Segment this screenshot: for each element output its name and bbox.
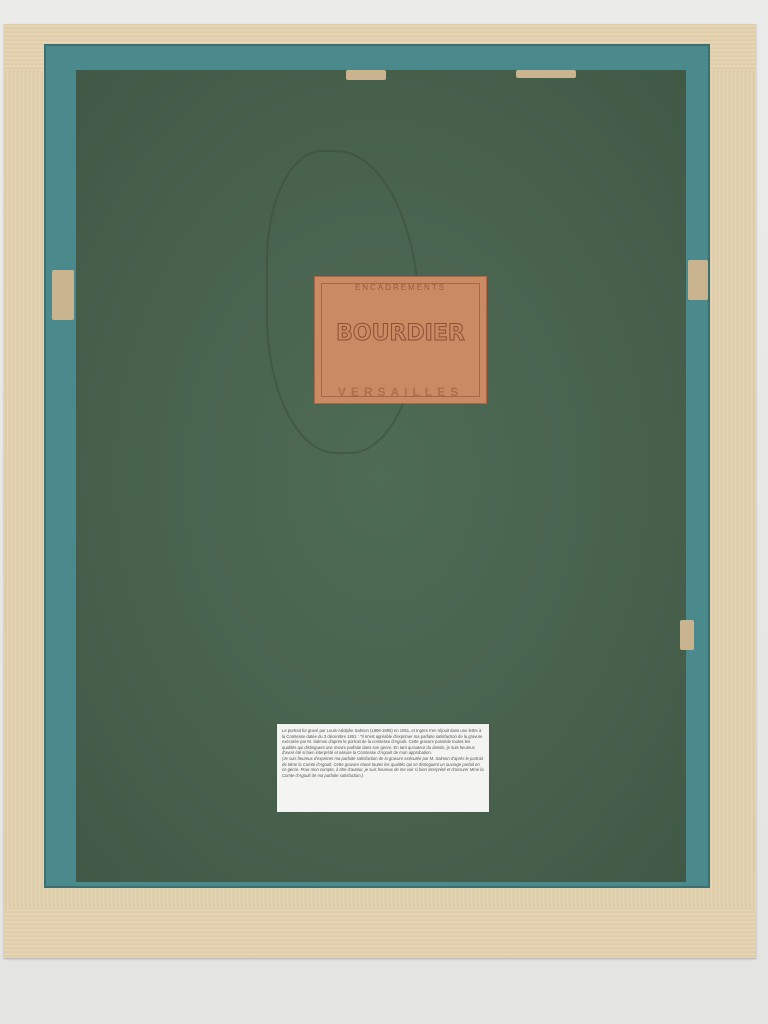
frame-chip bbox=[52, 270, 74, 320]
paint-chip bbox=[346, 70, 386, 80]
framer-label-city: VERSAILLES bbox=[315, 385, 486, 399]
framer-label: ENCADREMENTS BOURDIER VERSAILLES bbox=[314, 276, 487, 404]
framer-label-top-text: ENCADREMENTS bbox=[315, 283, 486, 292]
frame-chip bbox=[680, 620, 694, 650]
framer-label-name: BOURDIER bbox=[315, 321, 486, 346]
note-translation-text: (Je suis heureux d'exprimer ma parfaite … bbox=[282, 756, 484, 778]
frame-chip bbox=[688, 260, 708, 300]
paint-chip bbox=[516, 70, 576, 78]
photo-background: ENCADREMENTS BOURDIER VERSAILLES Le port… bbox=[0, 0, 768, 1024]
frame-bottom-rail bbox=[4, 910, 756, 958]
note-french-text: Le portrait fut gravé par Louis-Adolphe … bbox=[282, 728, 484, 756]
provenance-note: Le portrait fut gravé par Louis-Adolphe … bbox=[277, 724, 489, 812]
